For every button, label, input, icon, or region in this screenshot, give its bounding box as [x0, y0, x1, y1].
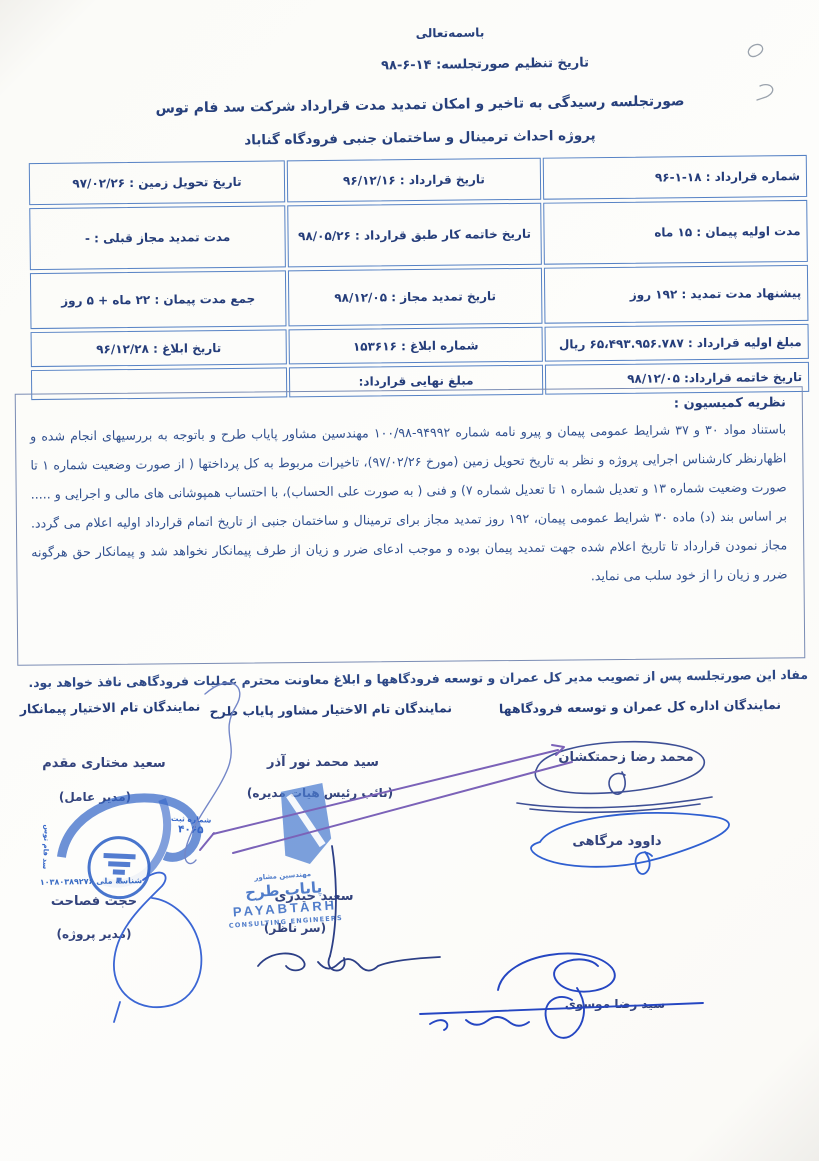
- payab-consultant-stamp: مهندسین مشاور پایاب طرح PAYABTARH CONSUL…: [201, 781, 364, 951]
- contractor-stamp-reg-number: ۴۰۶۵: [169, 824, 213, 836]
- scanned-meeting-minutes-page: باسمه‌تعالی تاریخ تنظیم صورتجلسه: ⁦۹۸-۶-…: [0, 0, 819, 1161]
- commission-opinion-box: نظریه کمیسیون : باستناد مواد ۳۰ و ۳۷ شرا…: [15, 386, 806, 666]
- signer-name-mokhtari: سعید مختاری مقدم: [22, 756, 186, 771]
- signer-role-fasahat: (مدیر پروژه): [26, 927, 162, 941]
- cell-land-delivery-date: تاریخ تحویل زمین : ⁦۹۷/۰۲/۲۶⁩: [29, 160, 285, 205]
- contractor-stamp-logo: [39, 776, 215, 915]
- meeting-date-line: تاریخ تنظیم صورتجلسه: ⁦۹۸-۶-۱۴⁩: [355, 55, 615, 74]
- commission-body-text: باستناد مواد ۳۰ و ۳۷ شرایط عمومی پیمان و…: [30, 414, 788, 595]
- document-title: صورتجلسه رسیدگی به تاخیر و امکان تمدید م…: [130, 93, 710, 117]
- signatories-header-contractor: نمایندگان تام الاختیار پیمانکار: [18, 699, 202, 717]
- contractor-stamp: شماره ثبت ۴۰۶۵ سد فام توس: [39, 776, 215, 915]
- payab-stamp-logo: [201, 781, 359, 881]
- mousavi-signature: [420, 954, 703, 1038]
- cell-initial-duration: مدت اولیه پیمان : ۱۵ ماه: [543, 200, 808, 265]
- table-row: پیشنهاد مدت تمدید : ۱۹۲ روز تاریخ تمدید …: [30, 265, 809, 329]
- cell-contract-date: تاریخ قرارداد : ⁦۹۶/۱۲/۱۶⁩: [287, 158, 541, 203]
- project-title: پروژه احداث ترمینال و ساختمان جنبی فرودگ…: [180, 127, 660, 150]
- table-row: مبلغ اولیه قرارداد : ⁦۶۵،۴۹۳.۹۵۶.۷۸۷⁩ ری…: [31, 324, 809, 367]
- cell-work-end-date: تاریخ خاتمه کار طبق قرارداد : ⁦۹۸/۰۵/۲۶⁩: [287, 203, 542, 268]
- commission-label: نظریه کمیسیون :: [30, 395, 786, 417]
- signatories-header-consultant: نمایندگان تام الاختیار مشاور پایاب طرح: [212, 700, 452, 719]
- signer-name-margahi: داوود مرگاهی: [532, 834, 702, 849]
- cell-previous-extension: مدت تمدید مجاز قبلی : -: [29, 205, 286, 270]
- cell-total-duration: جمع مدت پیمان : ۲۲ ماه + ۵ روز: [30, 270, 287, 329]
- table-row: مدت اولیه پیمان : ۱۵ ماه تاریخ خاتمه کار…: [29, 200, 808, 270]
- contract-table: شماره قرارداد : ⁦۹۶-۱-۱۸⁩ تاریخ قرارداد …: [27, 152, 812, 403]
- scan-smudge-marks: [748, 44, 772, 100]
- cell-contract-number: شماره قرارداد : ⁦۹۶-۱-۱۸⁩: [543, 155, 807, 200]
- cell-notification-date: تاریخ ابلاغ : ⁦۹۶/۱۲/۲۸⁩: [31, 329, 287, 367]
- table-row: شماره قرارداد : ⁦۹۶-۱-۱۸⁩ تاریخ قرارداد …: [29, 155, 807, 205]
- cell-notification-number: شماره ابلاغ : ۱۵۳۶۱۶: [289, 327, 543, 365]
- signer-name-nour-azar: سید محمد نور آذر: [235, 755, 411, 770]
- cell-proposed-extension: پیشنهاد مدت تمدید : ۱۹۲ روز: [544, 265, 809, 324]
- bismillah-text: باسمه‌تعالی: [330, 24, 570, 41]
- cell-initial-amount: مبلغ اولیه قرارداد : ⁦۶۵،۴۹۳.۹۵۶.۷۸۷⁩ ری…: [544, 324, 808, 362]
- signatories-header-employer: نمایندگان اداره کل عمران و توسعه فرودگاه…: [470, 696, 810, 716]
- signer-name-mousavi: سید رضا موسوی: [552, 997, 678, 1011]
- enforcement-note: مفاد این صورتجلسه پس از تصویب مدیر کل عم…: [20, 667, 808, 690]
- cell-allowed-extension-date: تاریخ تمدید مجاز : ⁦۹۸/۱۲/۰۵⁩: [288, 268, 543, 327]
- signer-name-zahmatkeshan: محمد رضا زحمتکشان: [540, 750, 712, 765]
